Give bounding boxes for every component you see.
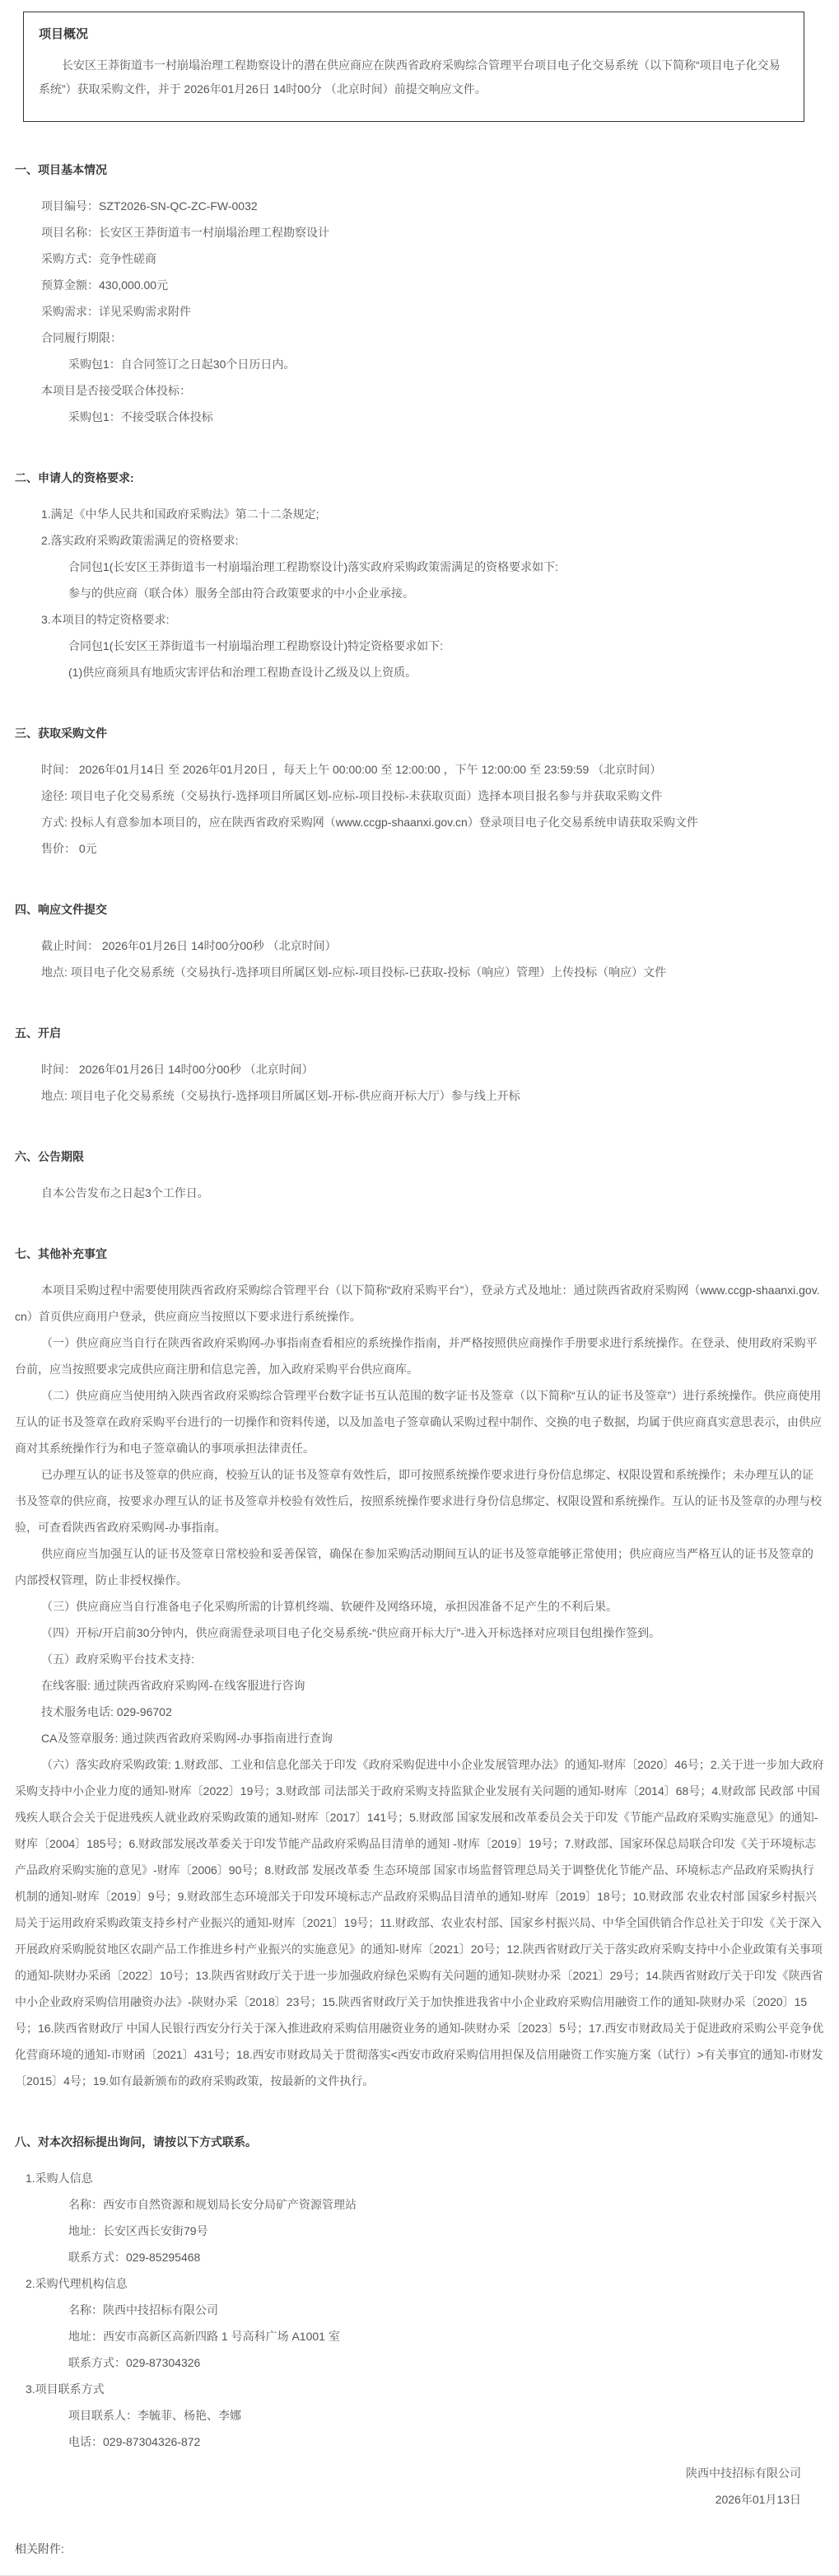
section-heading: 六、公告期限 bbox=[15, 1143, 824, 1170]
doc-line: 途径: 项目电子化交易系统（交易执行-选择项目所属区划-应标-项目投标-未获取页… bbox=[15, 783, 824, 809]
doc-line: 1.采购人信息 bbox=[15, 2165, 824, 2191]
doc-line: 供应商应当加强互认的证书及签章日常校验和妥善保管，确保在参加采购活动期间互认的证… bbox=[15, 1540, 824, 1593]
section-heading: 四、响应文件提交 bbox=[15, 896, 824, 923]
attachments-label: 相关附件: bbox=[15, 2536, 824, 2562]
doc-line: 参与的供应商（联合体）服务全部由符合政策要求的中小企业承接。 bbox=[15, 580, 824, 606]
doc-line: 名称：西安市自然资源和规划局长安分局矿产资源管理站 bbox=[15, 2191, 824, 2218]
doc-line: （二）供应商应当使用纳入陕西省政府采购综合管理平台数字证书互认范围的数字证书及签… bbox=[15, 1382, 824, 1461]
doc-line: 预算金额：430,000.00元 bbox=[15, 272, 824, 298]
doc-line: （四）开标/开启前30分钟内，供应商需登录项目电子化交易系统-“供应商开标大厅”… bbox=[15, 1620, 824, 1646]
doc-line: 方式: 投标人有意参加本项目的，应在陕西省政府采购网（www.ccgp-shaa… bbox=[15, 809, 824, 835]
doc-line: 联系方式：029-85295468 bbox=[15, 2244, 824, 2270]
doc-line: 在线客服: 通过陕西省政府采购网-在线客服进行咨询 bbox=[15, 1672, 824, 1699]
sections-container: 一、项目基本情况项目编号：SZT2026-SN-QC-ZC-FW-0032项目名… bbox=[15, 157, 824, 2455]
doc-line: 地点: 项目电子化交易系统（交易执行-选择项目所属区划-应标-项目投标-已获取-… bbox=[15, 959, 824, 985]
doc-line: 地址：西安市高新区高新四路 1 号高科广场 A1001 室 bbox=[15, 2323, 824, 2349]
doc-line: 合同履行期限： bbox=[15, 325, 824, 351]
doc-line: (1)供应商须具有地质灾害评估和治理工程勘查设计乙级及以上资质。 bbox=[15, 659, 824, 685]
doc-line: 采购包1：不接受联合体投标 bbox=[15, 404, 824, 430]
doc-line: 本项目采购过程中需要使用陕西省政府采购综合管理平台（以下简称“政府采购平台”），… bbox=[15, 1277, 824, 1330]
doc-line: 采购方式：竞争性磋商 bbox=[15, 245, 824, 272]
section-heading: 二、申请人的资格要求: bbox=[15, 465, 824, 491]
overview-body: 长安区王莽街道韦一村崩塌治理工程勘察设计的潜在供应商应在陕西省政府采购综合管理平… bbox=[39, 54, 789, 101]
doc-line: 项目联系人：李毓菲、杨艳、李娜 bbox=[15, 2402, 824, 2429]
doc-line: 2.采购代理机构信息 bbox=[15, 2270, 824, 2297]
doc-line: 技术服务电话: 029-96702 bbox=[15, 1699, 824, 1725]
doc-line: 时间： 2026年01月14日 至 2026年01月20日 ，每天上午 00:0… bbox=[15, 756, 824, 783]
doc-line: 地址：长安区西长安街79号 bbox=[15, 2218, 824, 2244]
doc-line: 时间： 2026年01月26日 14时00分00秒 （北京时间） bbox=[15, 1056, 824, 1082]
doc-line: 截止时间： 2026年01月26日 14时00分00秒 （北京时间） bbox=[15, 933, 824, 959]
doc-line: 项目编号：SZT2026-SN-QC-ZC-FW-0032 bbox=[15, 193, 824, 219]
doc-line: （三）供应商应当自行准备电子化采购所需的计算机终端、软硬件及网络环境，承担因准备… bbox=[15, 1593, 824, 1620]
doc-line: 2.落实政府采购政策需满足的资格要求: bbox=[15, 527, 824, 554]
doc-line: 合同包1(长安区王莽街道韦一村崩塌治理工程勘察设计)特定资格要求如下: bbox=[15, 633, 824, 659]
section-heading: 五、开启 bbox=[15, 1020, 824, 1046]
procurement-announcement-page: 项目概况 长安区王莽街道韦一村崩塌治理工程勘察设计的潜在供应商应在陕西省政府采购… bbox=[0, 0, 839, 2562]
doc-line: （五）政府采购平台技术支持: bbox=[15, 1646, 824, 1672]
doc-line: 3.本项目的特定资格要求: bbox=[15, 606, 824, 633]
signoff-date: 2026年01月13日 bbox=[15, 2486, 824, 2513]
doc-line: 合同包1(长安区王莽街道韦一村崩塌治理工程勘察设计)落实政府采购政策需满足的资格… bbox=[15, 554, 824, 580]
doc-line: 本项目是否接受联合体投标： bbox=[15, 377, 824, 404]
doc-line: 3.项目联系方式 bbox=[15, 2376, 824, 2402]
doc-line: 电话：029-87304326-872 bbox=[15, 2429, 824, 2455]
project-overview-box: 项目概况 长安区王莽街道韦一村崩塌治理工程勘察设计的潜在供应商应在陕西省政府采购… bbox=[23, 12, 804, 122]
overview-title: 项目概况 bbox=[39, 26, 789, 44]
section-heading: 一、项目基本情况 bbox=[15, 157, 824, 183]
doc-line: 项目名称：长安区王莽街道韦一村崩塌治理工程勘察设计 bbox=[15, 219, 824, 245]
doc-line: 地点: 项目电子化交易系统（交易执行-选择项目所属区划-开标-供应商开标大厅）参… bbox=[15, 1082, 824, 1109]
doc-line: （六）落实政府采购政策: 1.财政部、工业和信息化部关于印发《政府采购促进中小企… bbox=[15, 1751, 824, 2094]
section-heading: 七、其他补充事宜 bbox=[15, 1241, 824, 1267]
section-heading: 三、获取采购文件 bbox=[15, 720, 824, 746]
doc-line: （一）供应商应当自行在陕西省政府采购网-办事指南查看相应的系统操作指南，并严格按… bbox=[15, 1330, 824, 1382]
doc-line: 自本公告发布之日起3个工作日。 bbox=[15, 1180, 824, 1206]
signoff-org: 陕西中技招标有限公司 bbox=[15, 2460, 824, 2486]
doc-line: 已办理互认的证书及签章的供应商，校验互认的证书及签章有效性后，即可按照系统操作要… bbox=[15, 1461, 824, 1540]
doc-line: 1.满足《中华人民共和国政府采购法》第二十二条规定; bbox=[15, 501, 824, 527]
section-heading: 八、对本次招标提出询问，请按以下方式联系。 bbox=[15, 2129, 824, 2155]
doc-line: 采购需求：详见采购需求附件 bbox=[15, 298, 824, 325]
doc-line: 采购包1：自合同签订之日起30个日历日内。 bbox=[15, 351, 824, 377]
doc-line: CA及签章服务: 通过陕西省政府采购网-办事指南进行查询 bbox=[15, 1725, 824, 1751]
doc-line: 售价： 0元 bbox=[15, 835, 824, 862]
doc-line: 名称：陕西中技招标有限公司 bbox=[15, 2297, 824, 2323]
doc-line: 联系方式：029-87304326 bbox=[15, 2349, 824, 2376]
